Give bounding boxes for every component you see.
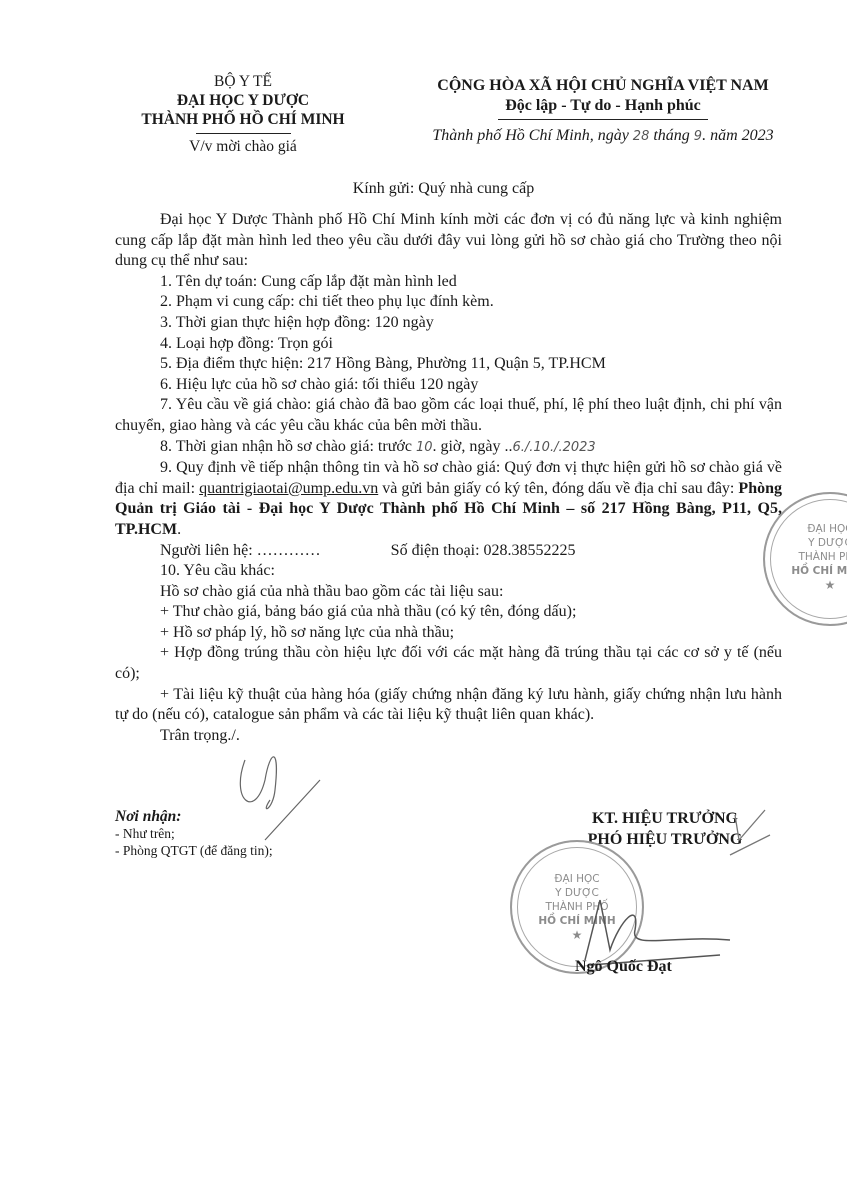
subject-line: V/v mời chào giá — [108, 137, 378, 156]
email-link[interactable]: quantrigiaotai@ump.edu.vn — [199, 480, 378, 497]
item-2: 2. Phạm vi cung cấp: chi tiết theo phụ l… — [115, 292, 782, 313]
item-6: 6. Hiệu lực của hồ sơ chào giá: tối thiể… — [115, 375, 782, 396]
deadline-date-handwritten: 6./.10./.2023 — [513, 440, 596, 455]
salutation-wrap: Kính gửi: Quý nhà cung cấp — [0, 180, 847, 198]
item-3: 3. Thời gian thực hiện hợp đồng: 120 ngà… — [115, 313, 782, 334]
item-8: 8. Thời gian nhận hồ sơ chào giá: trước … — [115, 437, 782, 459]
national-motto: Độc lập - Tự do - Hạnh phúc — [408, 96, 798, 116]
handwritten-signature-icon — [560, 880, 740, 970]
item-1: 1. Tên dự toán: Cung cấp lắp đặt màn hìn… — [115, 272, 782, 293]
date-day-handwritten: 28 — [633, 129, 650, 144]
approval-tick-icon — [725, 805, 785, 865]
signatory-name: Ngô Quốc Đạt — [575, 958, 672, 976]
motto-divider — [498, 119, 708, 120]
requirement-bullet-3: + Hợp đồng trúng thầu còn hiệu lực đối v… — [115, 643, 782, 684]
contact-phone: Số điện thoại: 028.38552225 — [391, 542, 576, 559]
date-month-label: tháng — [653, 127, 693, 144]
contact-person: Người liên hệ: ………… — [160, 542, 321, 559]
university-name-line2: THÀNH PHỐ HỒ CHÍ MINH — [108, 110, 378, 129]
seal-star-icon: ★ — [765, 578, 847, 592]
date-year: . năm 2023 — [702, 127, 774, 144]
closing: Trân trọng./. — [115, 726, 782, 747]
seal-line: ĐẠI HỌC — [765, 522, 847, 536]
date-prefix: Thành phố Hồ Chí Minh, ngày — [432, 127, 632, 144]
requirement-bullet-4: + Tài liệu kỹ thuật của hàng hóa (giấy c… — [115, 685, 782, 726]
contact-line: Người liên hệ: …………Số điện thoại: 028.38… — [115, 541, 782, 562]
item-8-mid: . giờ, ngày .. — [432, 438, 512, 455]
item-4: 4. Loại hợp đồng: Trọn gói — [115, 334, 782, 355]
national-header: CỘNG HÒA XÃ HỘI CHỦ NGHĨA VIỆT NAM Độc l… — [408, 76, 798, 147]
item-8-prefix: 8. Thời gian nhận hồ sơ chào giá: trước — [160, 438, 416, 455]
item-9-end: . — [177, 521, 181, 538]
item-9-text2: và gửi bản giấy có ký tên, đóng dấu về đ… — [378, 480, 738, 497]
recipients-title: Nơi nhận: — [115, 808, 273, 825]
item-10-title: 10. Yêu cầu khác: — [115, 561, 782, 582]
seal-line: Y DƯỢC — [765, 536, 847, 550]
university-name-line1: ĐẠI HỌC Y DƯỢC — [108, 91, 378, 110]
requirement-bullet-1: + Thư chào giá, bảng báo giá của nhà thầ… — [115, 602, 782, 623]
recipients-block: Nơi nhận: - Như trên; - Phòng QTGT (để đ… — [115, 808, 273, 859]
item-5: 5. Địa điểm thực hiện: 217 Hồng Bàng, Ph… — [115, 354, 782, 375]
intro-paragraph: Đại học Y Dược Thành phố Hồ Chí Minh kín… — [115, 210, 782, 272]
salutation: Kính gửi: Quý nhà cung cấp — [0, 180, 847, 198]
letter-body: Đại học Y Dược Thành phố Hồ Chí Minh kín… — [115, 210, 782, 746]
requirement-bullet-2: + Hồ sơ pháp lý, hồ sơ năng lực của nhà … — [115, 623, 782, 644]
item-7: 7. Yêu cầu về giá chào: giá chào đã bao … — [115, 395, 782, 436]
recipient-item: - Như trên; — [115, 825, 273, 842]
date-month-handwritten: 9 — [694, 129, 702, 144]
item-9: 9. Quy định về tiếp nhận thông tin và hồ… — [115, 458, 782, 540]
nation-title: CỘNG HÒA XÃ HỘI CHỦ NGHĨA VIỆT NAM — [408, 76, 798, 96]
document-date: Thành phố Hồ Chí Minh, ngày 28 tháng 9. … — [408, 126, 798, 147]
seal-line: THÀNH PHỐ — [765, 550, 847, 564]
header-divider — [196, 133, 291, 134]
recipient-item: - Phòng QTGT (để đăng tin); — [115, 842, 273, 859]
deadline-hour-handwritten: 10 — [416, 440, 433, 455]
ministry-name: BỘ Y TẾ — [108, 72, 378, 91]
issuer-header: BỘ Y TẾ ĐẠI HỌC Y DƯỢC THÀNH PHỐ HỒ CHÍ … — [108, 72, 378, 156]
seal-line: HỒ CHÍ MINH — [765, 564, 847, 578]
item-10-lead: Hồ sơ chào giá của nhà thầu bao gồm các … — [115, 582, 782, 603]
